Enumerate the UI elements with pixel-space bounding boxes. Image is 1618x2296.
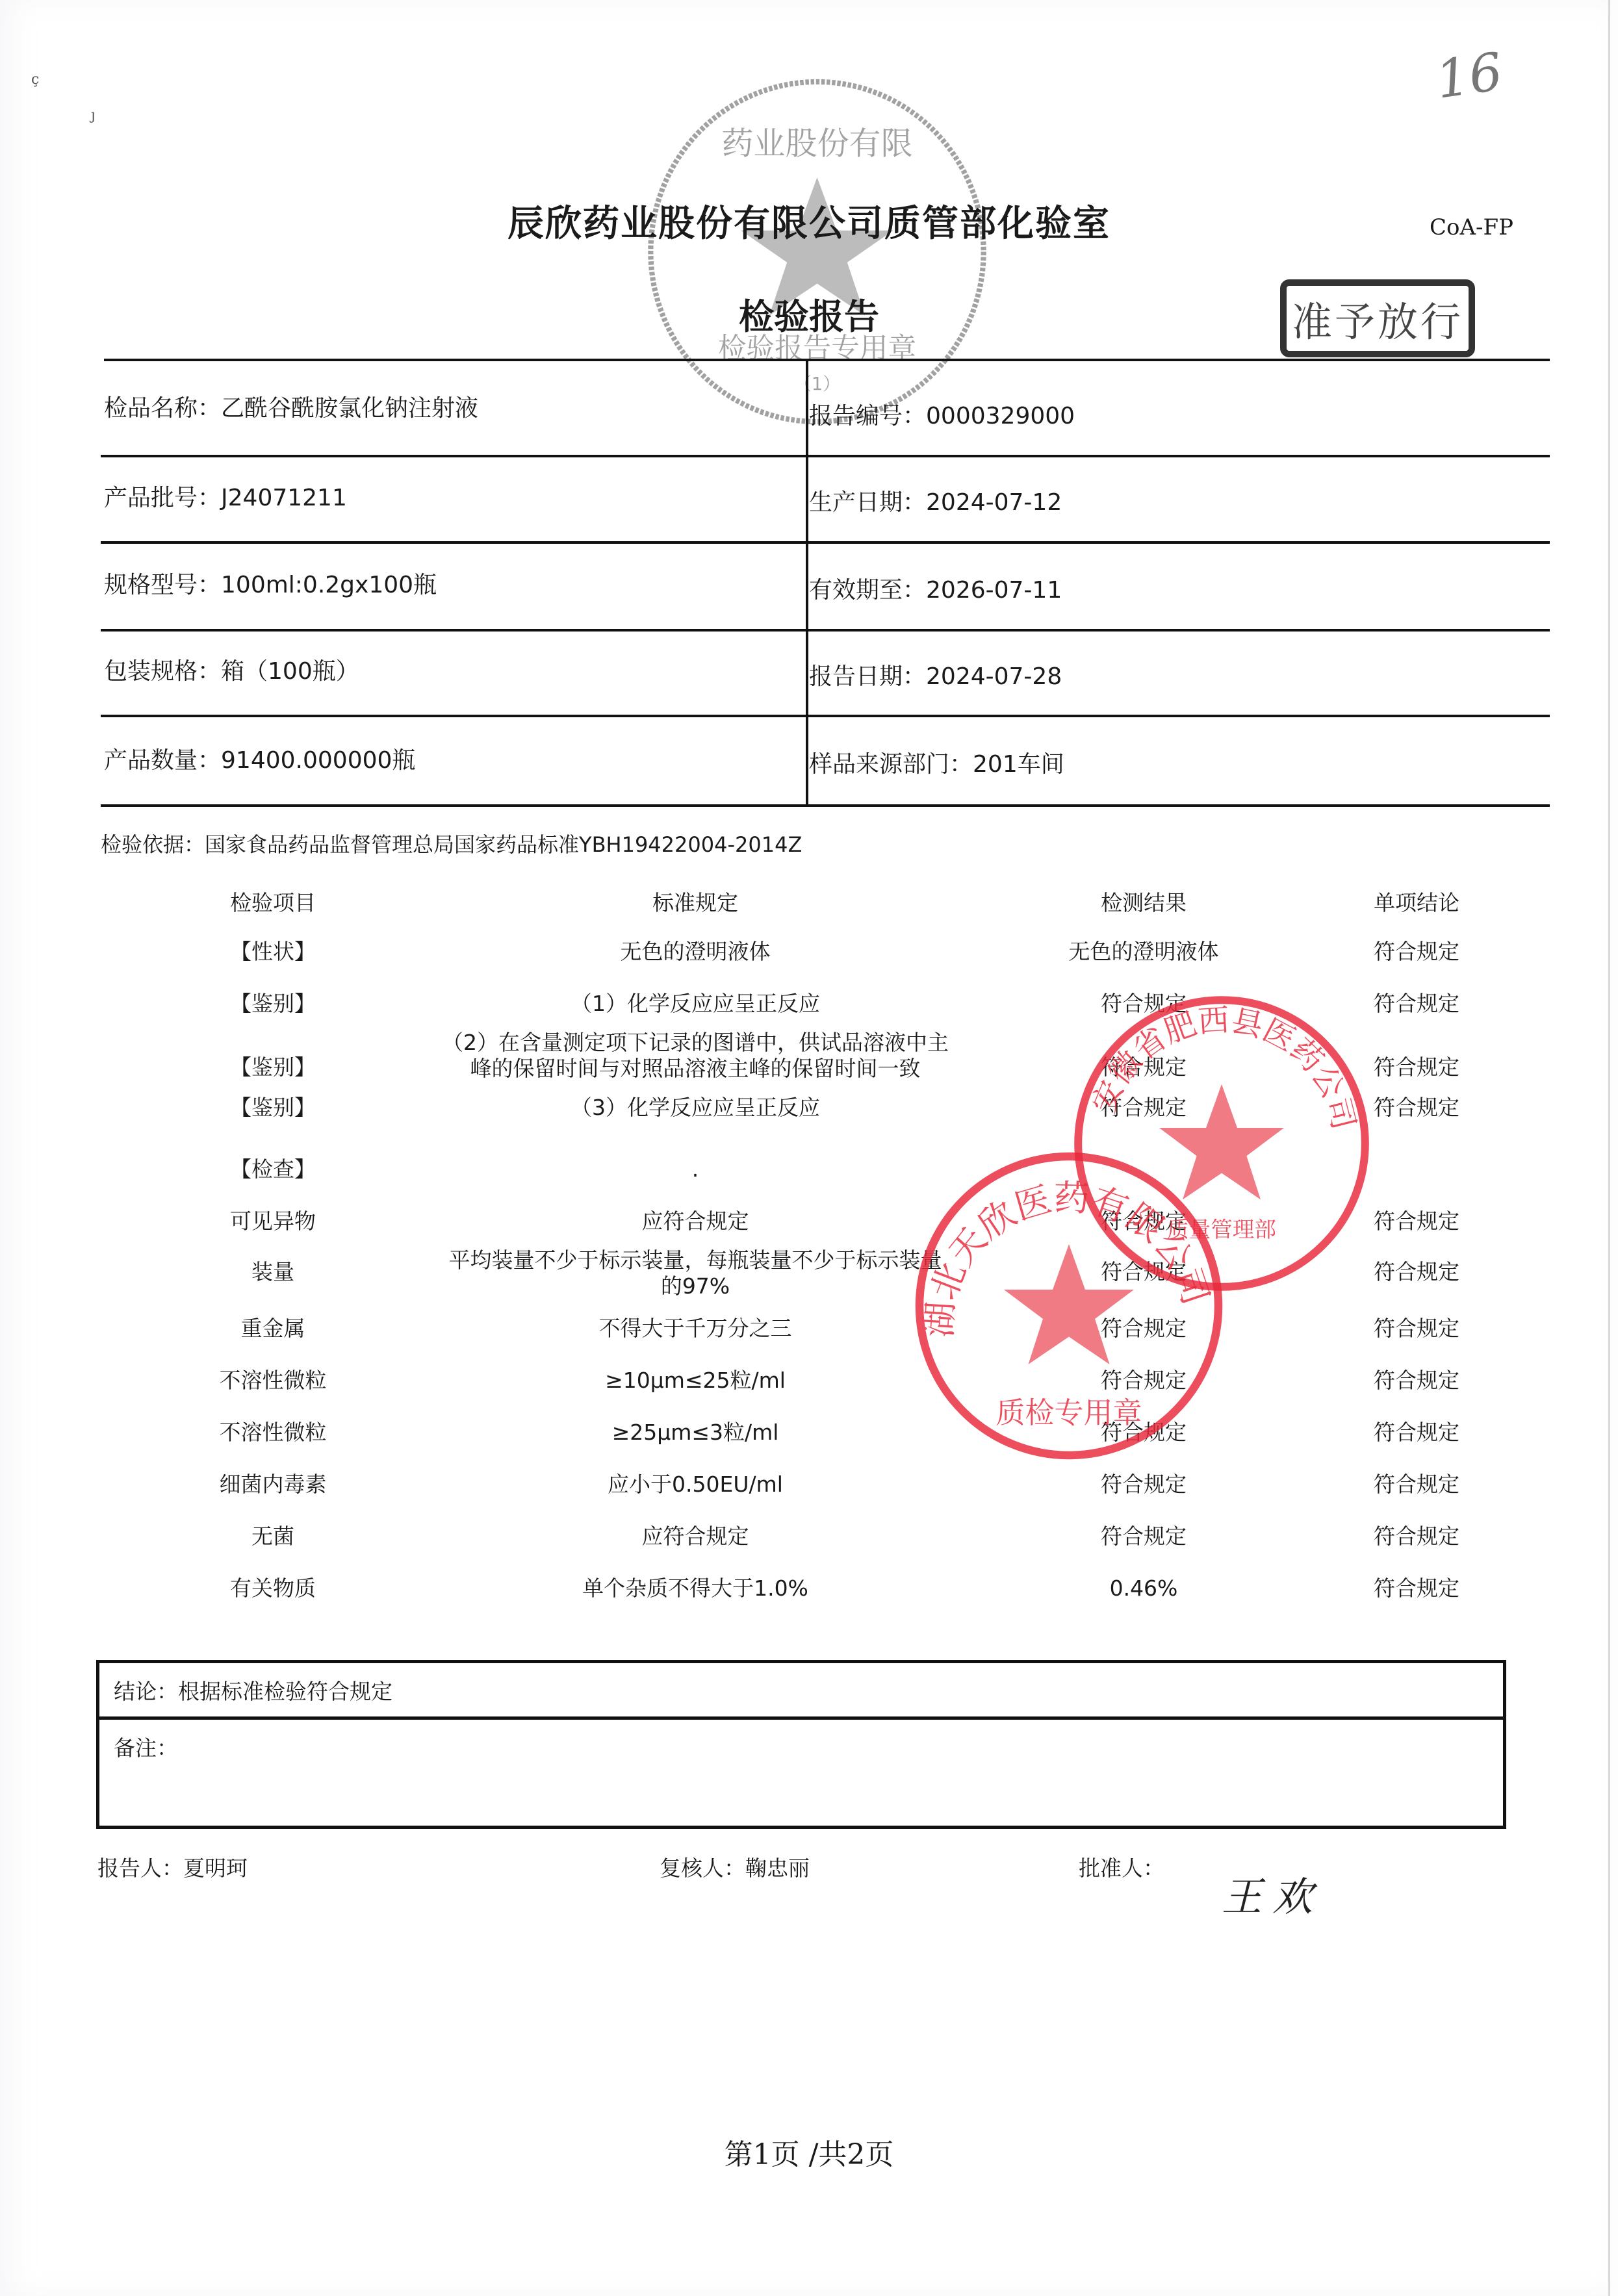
divider [101, 541, 1550, 544]
column-header: 检验项目 [130, 890, 416, 916]
conclusion: 结论：根据标准检验符合规定 [114, 1675, 392, 1705]
field-report-date: 报告日期：2024-07-28 [809, 658, 1062, 691]
field-production-date: 生产日期：2024-07-12 [809, 484, 1062, 517]
field-packaging: 包装规格：箱（100瓶） [104, 653, 359, 686]
red-seal-icon: 安徽省肥西县医药公司 质量管理部 [1066, 988, 1378, 1299]
test-result: 符合规定 [975, 1524, 1313, 1550]
standard-spec: ≥25μm≤3粒/ml [416, 1420, 975, 1446]
item-conclusion: 符合规定 [1313, 1472, 1521, 1498]
standard-spec: 平均装量不少于标示装量，每瓶装量不少于标示装量的97% [416, 1247, 975, 1299]
test-item: 不溶性微粒 [130, 1368, 416, 1394]
field-batch-number: 产品批号：J24071211 [104, 479, 347, 513]
handwritten-page-number: 16 [1432, 41, 1506, 110]
field-report-number: 报告编号：0000329000 [809, 398, 1075, 431]
column-divider [806, 361, 808, 806]
reviewer-signature: 复核人：鞠忠丽 [660, 1852, 810, 1882]
test-result: 符合规定 [975, 1095, 1313, 1121]
field-specification: 规格型号：100ml:0.2gx100瓶 [104, 567, 437, 600]
scan-mark: ç [31, 71, 39, 88]
divider [101, 804, 1550, 807]
item-conclusion: 符合规定 [1313, 1575, 1521, 1601]
test-item: 可见异物 [130, 1208, 416, 1234]
column-header: 标准规定 [416, 890, 975, 916]
divider [101, 715, 1550, 717]
test-item: 【鉴别】 [130, 991, 416, 1017]
approver-handwritten-signature: 王欢 [1222, 1865, 1323, 1922]
test-item: 【鉴别】 [130, 1054, 416, 1080]
test-item: 【检查】 [130, 1156, 416, 1182]
test-result: 符合规定 [975, 1472, 1313, 1498]
item-conclusion: 符合规定 [1313, 1368, 1521, 1394]
divider [104, 359, 1550, 361]
reporter-signature: 报告人：夏明珂 [97, 1852, 248, 1882]
document-page: ç ȷ 16 药业股份有限 检验报告专用章 （1） 辰欣药业股份有限公司质管部化… [0, 0, 1610, 2296]
item-conclusion: 符合规定 [1313, 1208, 1521, 1234]
field-product-name: 检品名称：乙酰谷酰胺氯化钠注射液 [104, 390, 478, 423]
standard-spec: 应符合规定 [416, 1524, 975, 1550]
standard-spec: 不得大于千万分之三 [416, 1316, 975, 1342]
standard-spec: 无色的澄明液体 [416, 939, 975, 965]
test-item: 细菌内毒素 [130, 1472, 416, 1498]
divider [99, 1716, 1503, 1720]
item-conclusion: 符合规定 [1313, 991, 1521, 1017]
item-conclusion: 符合规定 [1313, 1524, 1521, 1550]
svg-text:药业股份有限: 药业股份有限 [721, 125, 912, 162]
item-conclusion: 符合规定 [1313, 1054, 1521, 1080]
release-approved-stamp: 准予放行 [1280, 279, 1475, 357]
item-conclusion: 符合规定 [1313, 1259, 1521, 1285]
test-result: 符合规定 [975, 991, 1313, 1017]
test-item: 【性状】 [130, 939, 416, 965]
standard-spec: 应符合规定 [416, 1208, 975, 1234]
approver-label: 批准人： [1079, 1852, 1164, 1882]
test-result: 符合规定 [975, 1208, 1313, 1234]
test-result: 0.46% [975, 1575, 1313, 1601]
company-seal-icon: 药业股份有限 检验报告专用章 （1） [640, 75, 994, 429]
test-item: 有关物质 [130, 1575, 416, 1601]
column-header: 单项结论 [1313, 890, 1521, 916]
standard-spec: （1）化学反应应呈正反应 [416, 991, 975, 1017]
divider [101, 629, 1550, 631]
test-result: 符合规定 [975, 1054, 1313, 1080]
test-item: 重金属 [130, 1316, 416, 1342]
standard-spec: 单个杂质不得大于1.0% [416, 1575, 975, 1601]
conclusion-box: 结论：根据标准检验符合规定 备注： [96, 1660, 1506, 1829]
svg-text:（1）: （1） [794, 374, 841, 394]
remarks: 备注： [114, 1731, 178, 1762]
test-item: 装量 [130, 1259, 416, 1285]
standard-spec: ≥10μm≤25粒/ml [416, 1368, 975, 1394]
scan-mark: ȷ [91, 107, 96, 123]
field-quantity: 产品数量：91400.000000瓶 [104, 742, 415, 775]
column-header: 检测结果 [975, 890, 1313, 916]
test-item: 不溶性微粒 [130, 1420, 416, 1446]
test-basis: 检验依据：国家食品药品监督管理总局国家药品标准YBH19422004-2014Z [101, 828, 802, 858]
test-result: 符合规定 [975, 1259, 1313, 1285]
standard-spec: 应小于0.50EU/ml [416, 1472, 975, 1498]
item-conclusion: 符合规定 [1313, 1420, 1521, 1446]
standard-spec: . [416, 1156, 975, 1182]
test-item: 【鉴别】 [130, 1095, 416, 1121]
item-conclusion: 符合规定 [1313, 1095, 1521, 1121]
company-title: 辰欣药业股份有限公司质管部化验室 [0, 195, 1618, 247]
field-expiry-date: 有效期至：2026-07-11 [809, 572, 1062, 605]
item-conclusion: 符合规定 [1313, 939, 1521, 965]
item-conclusion: 符合规定 [1313, 1316, 1521, 1342]
divider [101, 455, 1550, 457]
test-result: 无色的澄明液体 [975, 939, 1313, 965]
standard-spec: （3）化学反应应呈正反应 [416, 1095, 975, 1121]
page-indicator: 第1页 /共2页 [0, 2131, 1618, 2173]
test-result: 符合规定 [975, 1316, 1313, 1342]
test-result: 符合规定 [975, 1420, 1313, 1446]
test-result: 符合规定 [975, 1368, 1313, 1394]
form-code: CoA-FP [1430, 214, 1513, 240]
field-sample-source: 样品来源部门：201车间 [809, 746, 1064, 779]
standard-spec: （2）在含量测定项下记录的图谱中，供试品溶液中主峰的保留时间与对照品溶液主峰的保… [416, 1030, 975, 1082]
test-item: 无菌 [130, 1524, 416, 1550]
